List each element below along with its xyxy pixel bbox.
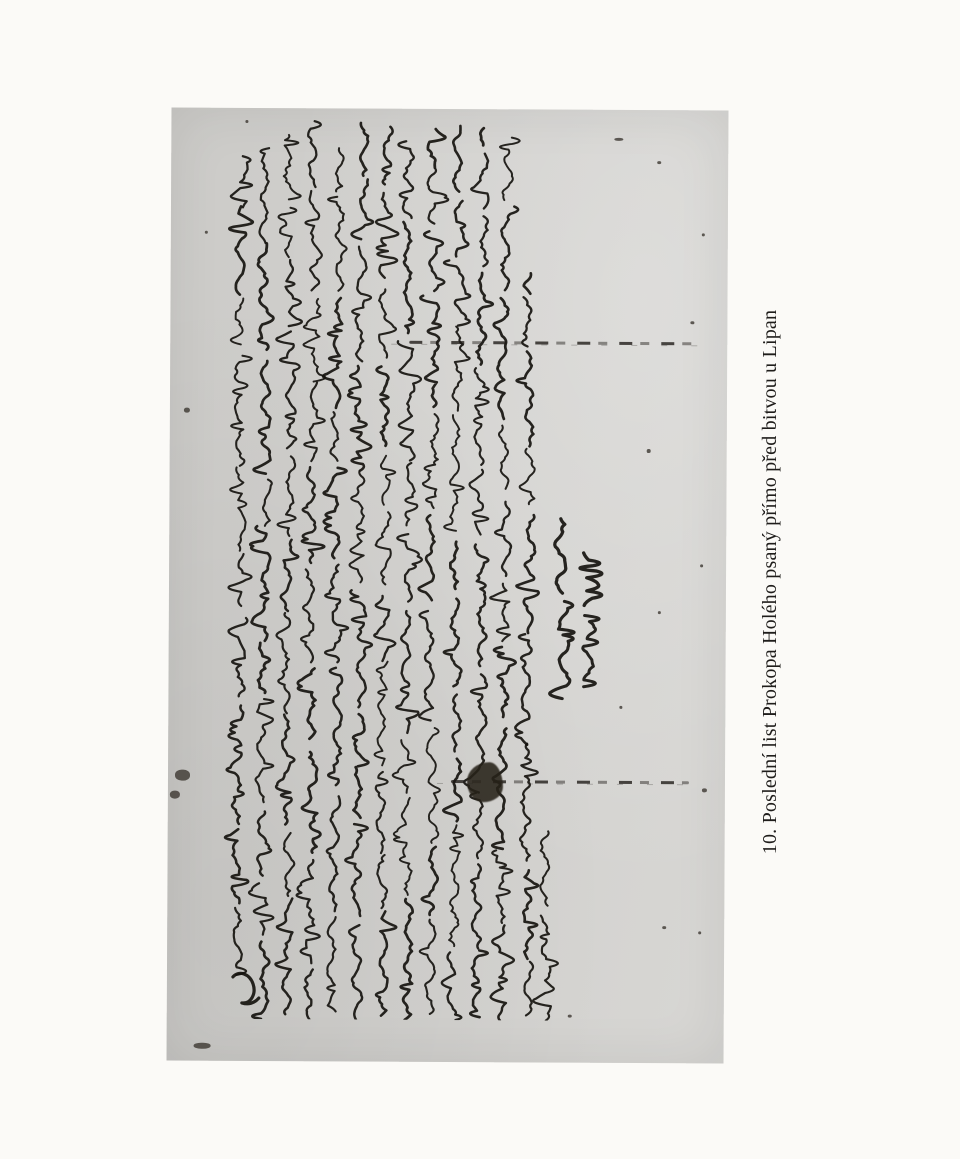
handwriting-stroke (234, 908, 247, 975)
handwriting-stroke (554, 519, 566, 593)
handwriting-stroke (231, 156, 252, 207)
handwriting-stroke (476, 273, 492, 365)
handwriting-stroke (381, 456, 396, 505)
handwriting-stroke (471, 154, 488, 209)
handwriting-stroke (330, 412, 338, 461)
handwriting-stroke (349, 925, 363, 1019)
handwriting-stroke (229, 206, 253, 294)
handwriting-stroke (426, 728, 440, 843)
handwriting-stroke (401, 899, 413, 1020)
handwriting-stroke (427, 169, 448, 224)
handwriting-stroke (499, 426, 509, 489)
handwriting-stroke (405, 463, 417, 525)
photo-speck (698, 931, 701, 934)
handwriting-stroke (257, 812, 271, 876)
handwriting-stroke (231, 298, 244, 344)
photo-speck (647, 449, 651, 453)
handwriting-stroke (583, 616, 599, 687)
handwriting-stroke (452, 695, 461, 752)
handwriting-stroke (285, 260, 302, 326)
handwriting-stroke (422, 847, 438, 915)
manuscript-handwriting (198, 108, 663, 1022)
handwriting-stroke (419, 920, 435, 1014)
handwriting-stroke (258, 643, 270, 693)
handwriting-stroke (278, 456, 296, 536)
handwriting-stroke (500, 138, 520, 201)
handwriting-stroke (350, 590, 372, 707)
photo-speck (619, 706, 622, 709)
handwriting-stroke (352, 179, 374, 239)
handwriting-stroke (450, 542, 458, 589)
handwriting-stroke (428, 129, 446, 168)
photo-speck (205, 231, 208, 234)
handwriting-stroke (398, 141, 414, 218)
handwriting-stroke (382, 127, 392, 185)
handwriting-stroke (453, 126, 462, 192)
handwriting-stroke (325, 565, 348, 663)
handwriting-stroke (284, 135, 301, 199)
handwriting-stroke (255, 699, 273, 802)
handwriting-stroke (276, 613, 290, 713)
handwriting-stroke (258, 243, 274, 349)
handwriting-stroke (523, 870, 538, 959)
handwriting-stroke (297, 668, 315, 738)
handwriting-stroke (375, 772, 387, 853)
handwriting-stroke (580, 553, 602, 606)
handwriting-stroke (281, 540, 299, 611)
handwriting-stroke (533, 916, 558, 1021)
photo-speck (245, 120, 248, 123)
handwriting-stroke (323, 468, 346, 558)
handwriting-stroke (374, 596, 395, 661)
handwriting-stroke (377, 855, 387, 908)
handwriting-stroke (296, 860, 320, 963)
handwriting-stroke (376, 911, 396, 1015)
photo-speck (662, 926, 666, 929)
handwriting-stroke (284, 833, 295, 896)
handwriting-stroke (360, 123, 368, 176)
handwriting-stroke (444, 599, 462, 687)
handwriting-stroke (423, 414, 439, 508)
handwriting-stroke (231, 356, 252, 466)
handwriting-stroke (374, 662, 387, 766)
handwriting-stroke (396, 611, 419, 733)
handwriting-stroke (302, 467, 325, 563)
handwriting-stroke (353, 714, 369, 766)
handwriting-stroke (444, 415, 464, 531)
handwriting-stroke (263, 480, 272, 526)
figure-caption: 10. Poslední list Prokopa Holého psaný p… (759, 272, 785, 892)
handwriting-stroke (228, 554, 251, 606)
handwriting-stroke (471, 864, 482, 948)
handwriting-stroke (501, 206, 518, 290)
handwriting-stroke (550, 601, 575, 698)
handwriting-stroke (424, 231, 445, 291)
handwriting-stroke (304, 969, 312, 1019)
handwriting-stroke (328, 668, 342, 785)
handwriting-stroke (276, 715, 295, 825)
handwriting-stroke (469, 470, 488, 535)
handwriting-stroke (275, 899, 292, 1015)
photo-speck (700, 564, 703, 567)
handwriting-stroke (376, 193, 399, 278)
photo-speck (657, 161, 661, 164)
handwriting-stroke (455, 201, 469, 257)
handwriting-stroke (254, 361, 271, 474)
handwriting-stroke (228, 618, 247, 696)
photo-speck (194, 1043, 211, 1049)
handwriting-stroke (516, 515, 539, 633)
handwriting-stroke (490, 584, 510, 642)
handwriting-stroke (308, 121, 321, 187)
handwriting-stroke (352, 247, 371, 362)
handwriting-stroke (449, 825, 463, 946)
handwriting-stroke (226, 705, 244, 823)
handwriting-stroke (345, 824, 368, 916)
handwriting-stroke (480, 128, 483, 145)
handwriting-initial (233, 973, 259, 1004)
photo-speck (658, 611, 661, 614)
handwriting-stroke (520, 449, 535, 504)
photo-speck (702, 233, 705, 236)
handwriting-stroke (470, 950, 487, 1017)
handwriting-stroke (249, 883, 274, 934)
handwriting-stroke (492, 850, 513, 923)
handwriting-stroke (328, 197, 347, 291)
handwriting-stroke (276, 331, 300, 448)
handwriting-stroke (305, 191, 322, 290)
fold-crease (409, 341, 701, 346)
handwriting-stroke (397, 341, 421, 460)
handwriting-stroke (474, 545, 488, 667)
handwriting-stroke (252, 942, 269, 1019)
handwriting-stroke (336, 148, 344, 191)
photo-speck (690, 321, 694, 324)
photo-speck (614, 138, 623, 141)
handwriting-stroke (259, 148, 269, 243)
photo-speck (702, 788, 707, 792)
handwriting-stroke (230, 467, 247, 550)
handwriting-stroke (524, 273, 531, 293)
handwriting-stroke (474, 368, 489, 465)
handwriting-stroke (520, 744, 538, 861)
handwriting-stroke (353, 767, 361, 818)
handwriting-stroke (493, 298, 508, 419)
handwriting-stroke (393, 740, 416, 793)
handwriting-stroke (490, 925, 514, 1020)
handwriting-stroke (327, 796, 341, 911)
photo-speck (184, 408, 190, 413)
handwriting-stroke (540, 831, 549, 905)
handwriting-stroke (444, 260, 471, 325)
handwriting-stroke (302, 752, 321, 853)
handwriting-stroke (397, 534, 422, 602)
handwriting-stroke (480, 216, 488, 266)
handwriting-stroke (301, 569, 314, 662)
ink-blot (467, 762, 503, 802)
handwriting-stroke (470, 793, 483, 858)
handwriting-stroke (348, 366, 372, 471)
handwriting-stroke (225, 829, 249, 903)
handwriting-stroke (303, 299, 325, 382)
handwriting-stroke (420, 296, 441, 407)
handwriting-stroke (376, 367, 389, 446)
manuscript-photo (167, 108, 729, 1064)
handwriting-stroke (443, 759, 461, 821)
handwriting-stroke (394, 798, 413, 895)
handwriting-stroke (379, 289, 396, 357)
handwriting-stroke (495, 502, 511, 576)
handwriting-stroke (323, 298, 342, 408)
handwriting-stroke (524, 962, 533, 1016)
handwriting-stroke (452, 327, 469, 411)
handwriting-stroke (522, 297, 531, 346)
handwriting-stroke (278, 208, 296, 257)
handwriting-stroke (515, 634, 531, 745)
handwriting-stroke (494, 647, 516, 717)
handwriting-stroke (419, 611, 434, 720)
handwriting-stroke (375, 512, 391, 584)
photo-speck (568, 1015, 572, 1018)
photo-speck (170, 791, 180, 799)
handwriting-stroke (516, 351, 534, 446)
handwriting-stroke (250, 526, 271, 641)
photo-speck (175, 770, 190, 781)
handwriting-stroke (304, 382, 325, 461)
handwriting-stroke (349, 471, 364, 582)
handwriting-stroke (403, 222, 414, 333)
book-page: 10. Poslední list Prokopa Holého psaný p… (0, 0, 960, 1159)
handwriting-stroke (327, 917, 336, 1011)
handwriting-stroke (442, 952, 462, 1020)
